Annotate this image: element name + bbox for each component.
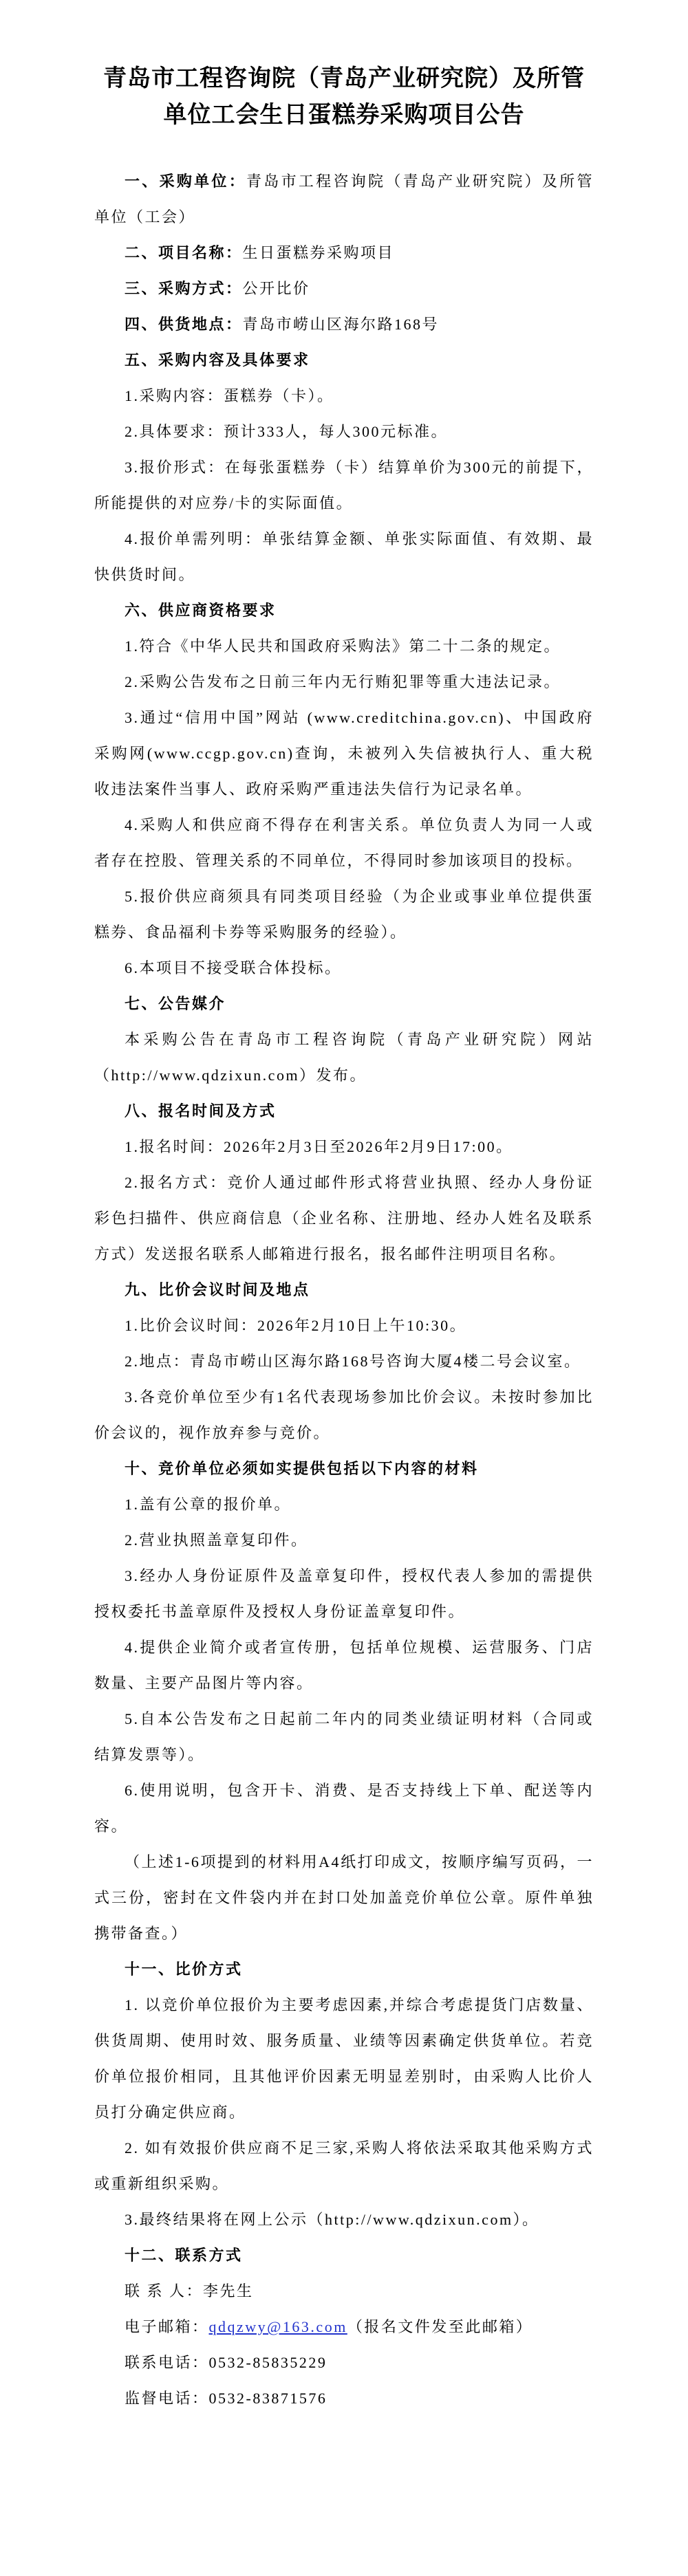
paragraph: 2.地点：青岛市崂山区海尔路168号咨询大厦4楼二号会议室。 [94, 1344, 594, 1379]
paragraph: 四、供货地点：青岛市崂山区海尔路168号 [94, 307, 594, 342]
email-link[interactable]: qdqzwy@163.com [209, 2318, 347, 2335]
paragraph: 4.提供企业简介或者宣传册，包括单位规模、运营服务、门店数量、主要产品图片等内容… [94, 1630, 594, 1701]
section-heading: 十二、联系方式 [94, 2238, 594, 2273]
paragraph-label: 四、供货地点： [125, 316, 243, 333]
paragraph: 3.报价形式：在每张蛋糕券（卡）结算单价为300元的前提下，所能提供的对应券/卡… [94, 450, 594, 521]
paragraph: 2.具体要求：预计333人，每人300元标准。 [94, 414, 594, 450]
paragraph: 2. 如有效报价供应商不足三家,采购人将依法采取其他采购方式或重新组织采购。 [94, 2130, 594, 2202]
paragraph: 6.使用说明，包含开卡、消费、是否支持线上下单、配送等内容。 [94, 1773, 594, 1844]
paragraph: 联系电话：0532-85835229 [94, 2345, 594, 2381]
paragraph-label: 二、项目名称： [125, 244, 243, 261]
paragraph: 1.盖有公章的报价单。 [94, 1487, 594, 1522]
document-title: 青岛市工程咨询院（青岛产业研究院）及所管 单位工会生日蛋糕券采购项目公告 [0, 0, 688, 133]
section-heading: 六、供应商资格要求 [94, 593, 594, 629]
paragraph: 3.最终结果将在网上公示（http://www.qdzixun.com）。 [94, 2202, 594, 2238]
section-heading: 五、采购内容及具体要求 [94, 342, 594, 378]
paragraph: （上述1-6项提到的材料用A4纸打印成文，按顺序编写页码，一式三份，密封在文件袋… [94, 1844, 594, 1952]
paragraph: 3.通过“信用中国”网站 (www.creditchina.gov.cn)、中国… [94, 700, 594, 807]
paragraph: 1. 以竞价单位报价为主要考虑因素,并综合考虑提货门店数量、供货周期、使用时效、… [94, 1987, 594, 2130]
document-body: 一、采购单位：青岛市工程咨询院（青岛产业研究院）及所管单位（工会）二、项目名称：… [94, 164, 594, 2416]
announcement-page: 青岛市工程咨询院（青岛产业研究院）及所管 单位工会生日蛋糕券采购项目公告 一、采… [0, 0, 688, 2576]
paragraph: 5.自本公告发布之日起前二年内的同类业绩证明材料（合同或结算发票等）。 [94, 1701, 594, 1773]
paragraph: 2.营业执照盖章复印件。 [94, 1522, 594, 1558]
paragraph: 1.采购内容：蛋糕券（卡）。 [94, 378, 594, 414]
paragraph: 1.报名时间：2026年2月3日至2026年2月9日17:00。 [94, 1129, 594, 1165]
paragraph: 2.采购公告发布之日前三年内无行贿犯罪等重大违法记录。 [94, 664, 594, 700]
document-title-line-1: 青岛市工程咨询院（青岛产业研究院）及所管 [0, 61, 688, 97]
paragraph-label: 三、采购方式： [125, 280, 243, 297]
paragraph: 本采购公告在青岛市工程咨询院（青岛产业研究院）网站（http://www.qdz… [94, 1022, 594, 1093]
paragraph: 2.报名方式：竞价人通过邮件形式将营业执照、经办人身份证彩色扫描件、供应商信息（… [94, 1165, 594, 1272]
paragraph: 4.采购人和供应商不得存在利害关系。单位负责人为同一人或者存在控股、管理关系的不… [94, 807, 594, 879]
paragraph: 5.报价供应商须具有同类项目经验（为企业或事业单位提供蛋糕券、食品福利卡券等采购… [94, 879, 594, 950]
paragraph: 电子邮箱：qdqzwy@163.com（报名文件发至此邮箱） [94, 2309, 594, 2345]
section-heading: 七、公告媒介 [94, 986, 594, 1022]
paragraph: 联 系 人：李先生 [94, 2273, 594, 2309]
paragraph: 一、采购单位：青岛市工程咨询院（青岛产业研究院）及所管单位（工会） [94, 164, 594, 235]
section-heading: 十一、比价方式 [94, 1952, 594, 1987]
document-title-line-2: 单位工会生日蛋糕券采购项目公告 [0, 97, 688, 133]
paragraph: 3.经办人身份证原件及盖章复印件，授权代表人参加的需提供授权委托书盖章原件及授权… [94, 1558, 594, 1630]
paragraph-label: 一、采购单位： [125, 173, 246, 190]
section-heading: 十、竞价单位必须如实提供包括以下内容的材料 [94, 1451, 594, 1487]
paragraph: 二、项目名称：生日蛋糕券采购项目 [94, 235, 594, 271]
paragraph: 1.比价会议时间：2026年2月10日上午10:30。 [94, 1308, 594, 1344]
paragraph: 1.符合《中华人民共和国政府采购法》第二十二条的规定。 [94, 629, 594, 664]
paragraph: 3.各竞价单位至少有1名代表现场参加比价会议。未按时参加比价会议的，视作放弃参与… [94, 1379, 594, 1451]
paragraph: 4.报价单需列明：单张结算金额、单张实际面值、有效期、最快供货时间。 [94, 521, 594, 593]
section-heading: 八、报名时间及方式 [94, 1093, 594, 1129]
paragraph: 监督电话：0532-83871576 [94, 2381, 594, 2416]
paragraph: 6.本项目不接受联合体投标。 [94, 950, 594, 986]
paragraph: 三、采购方式：公开比价 [94, 271, 594, 307]
section-heading: 九、比价会议时间及地点 [94, 1272, 594, 1308]
